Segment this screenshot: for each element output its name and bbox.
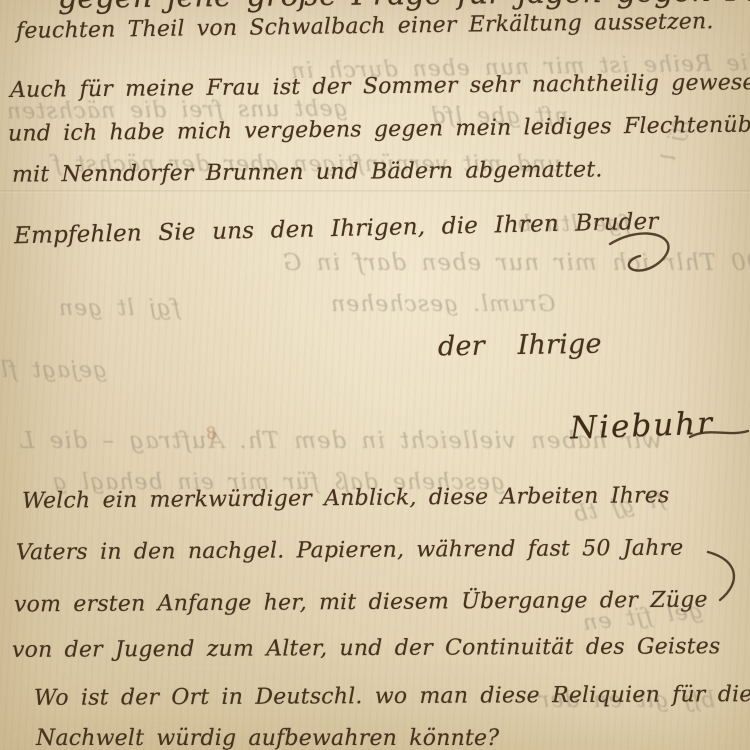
manuscript-page: die Reihe ist mir nun eben durch in gebt… — [0, 0, 750, 750]
bleedthrough-text: wir haben vielleicht in dem Th. Auftrag … — [18, 428, 662, 454]
letter-line-5: Empfehlen Sie uns den Ihrigen, die Ihren… — [14, 209, 659, 250]
paper-crease — [0, 190, 750, 193]
signature-flourish-icon — [688, 424, 750, 442]
pen-flourish-icon — [606, 226, 678, 278]
pen-flourish-icon — [702, 548, 746, 604]
closing-phrase: der Ihrige — [438, 329, 602, 363]
bleedthrough-text: Gruml. geschehen — [330, 292, 555, 317]
annotation-line-2: Vaters in den nachgel. Papieren, während… — [16, 536, 684, 566]
bleedthrough-text: gejagt fl — [0, 358, 107, 383]
bleedthrough-text: fgj lt gen — [58, 296, 180, 321]
red-ink-bleed-mark: 8 — [205, 423, 219, 444]
annotation-line-5: Wo ist der Ort in Deutschl. wo man diese… — [34, 682, 750, 711]
letter-line-4: mit Nenndorfer Brunnen und Bädern abgema… — [12, 157, 603, 187]
bleedthrough-text: lich zu 7–800 Thlr ich mir nur eben darf… — [282, 250, 750, 276]
annotation-line-6: Nachwelt würdig aufbewahren könnte? — [36, 726, 499, 750]
letter-line-2: Auch für meine Frau ist der Sommer sehr … — [10, 70, 750, 103]
annotation-line-4: von der Jugend zum Alter, und der Contin… — [12, 634, 721, 663]
annotation-line-3: vom ersten Anfange her, mit diesem Überg… — [14, 588, 708, 618]
